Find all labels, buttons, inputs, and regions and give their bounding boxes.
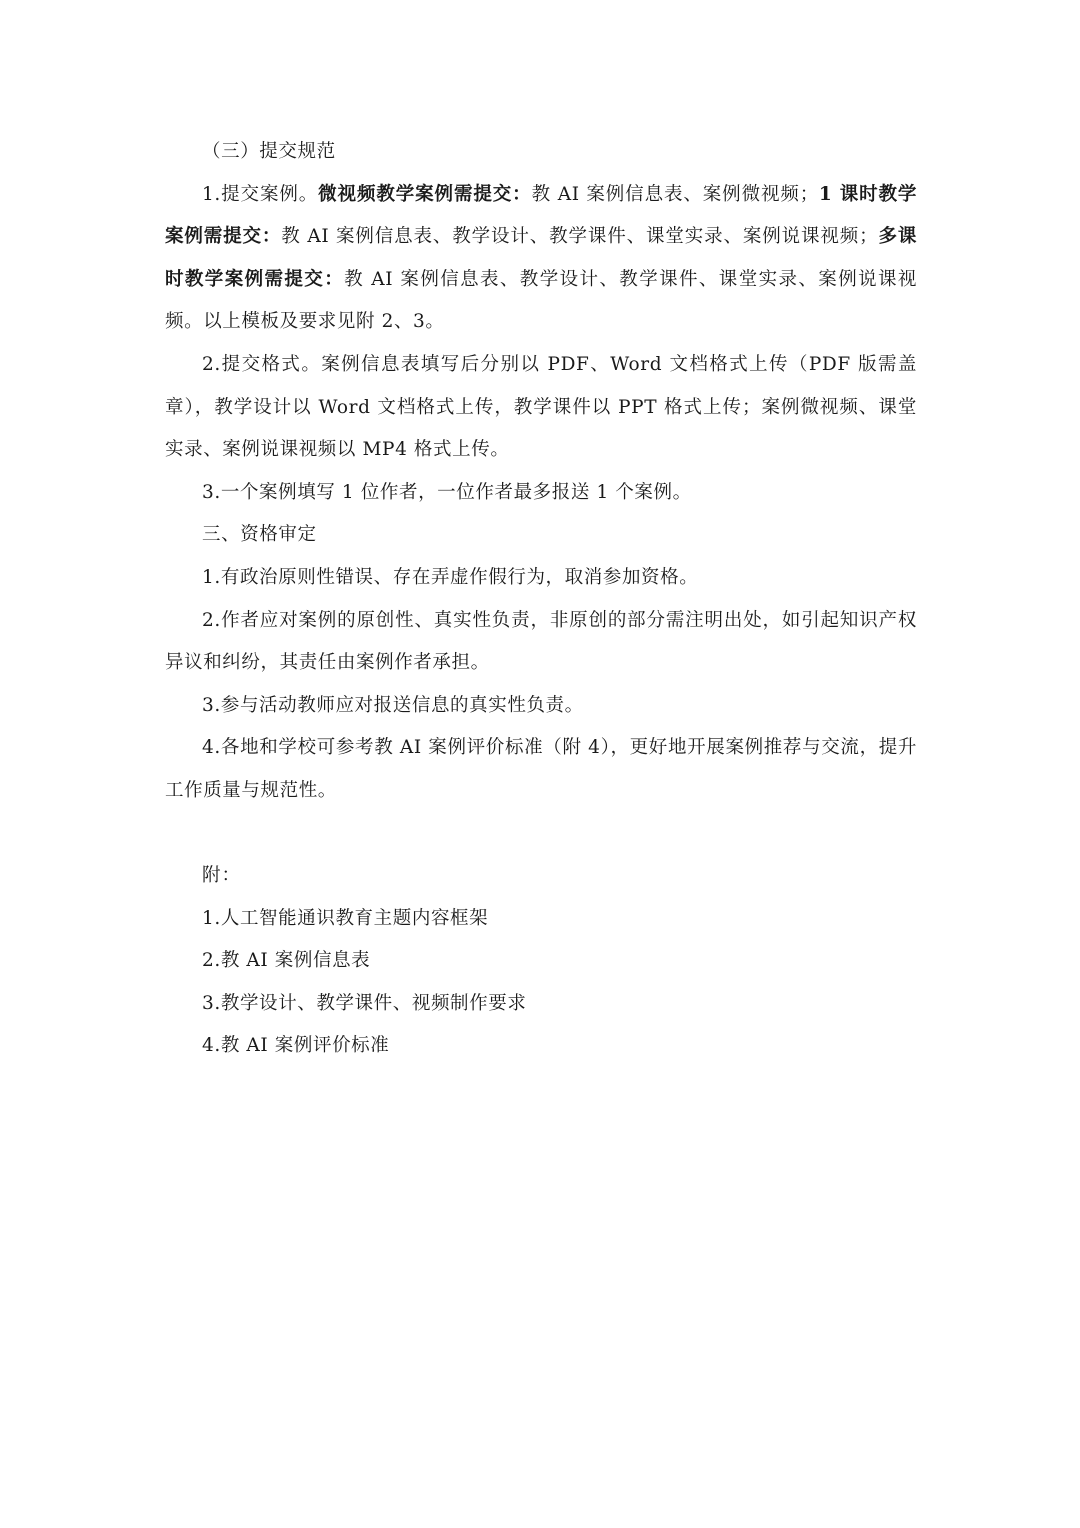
appendix-label: 附： [165,855,917,898]
text-micro-video-requirements: 教 AI 案例信息表、案例微视频； [532,184,819,205]
text-single-lesson-requirements: 教 AI 案例信息表、教学设计、教学课件、课堂实录、案例说课视频； [281,226,878,247]
section-heading-submission-rules: （三）提交规范 [165,131,917,174]
section-heading-qualification: 三、资格审定 [165,514,917,557]
appendix-item-4: 4.教 AI 案例评价标准 [165,1025,917,1068]
paragraph-qualification-3: 3.参与活动教师应对报送信息的真实性负责。 [165,685,917,728]
paragraph-qualification-4: 4.各地和学校可参考教 AI 案例评价标准（附 4），更好地开展案例推荐与交流，… [165,727,917,812]
blank-line [165,813,917,856]
appendix-item-3: 3.教学设计、教学课件、视频制作要求 [165,983,917,1026]
paragraph-qualification-2: 2.作者应对案例的原创性、真实性负责，非原创的部分需注明出处，如引起知识产权异议… [165,600,917,685]
paragraph-author-limit: 3.一个案例填写 1 位作者，一位作者最多报送 1 个案例。 [165,472,917,515]
appendix-item-1: 1.人工智能通识教育主题内容框架 [165,898,917,941]
item-lead: 1.提交案例。 [202,184,318,205]
document-page: （三）提交规范 1.提交案例。微视频教学案例需提交：教 AI 案例信息表、案例微… [165,131,917,1068]
paragraph-submit-format: 2.提交格式。案例信息表填写后分别以 PDF、Word 文档格式上传（PDF 版… [165,344,917,472]
paragraph-qualification-1: 1.有政治原则性错误、存在弄虚作假行为，取消参加资格。 [165,557,917,600]
appendix-item-2: 2.教 AI 案例信息表 [165,940,917,983]
paragraph-submit-cases: 1.提交案例。微视频教学案例需提交：教 AI 案例信息表、案例微视频；1 课时教… [165,174,917,344]
bold-label-micro-video: 微视频教学案例需提交： [318,184,531,205]
